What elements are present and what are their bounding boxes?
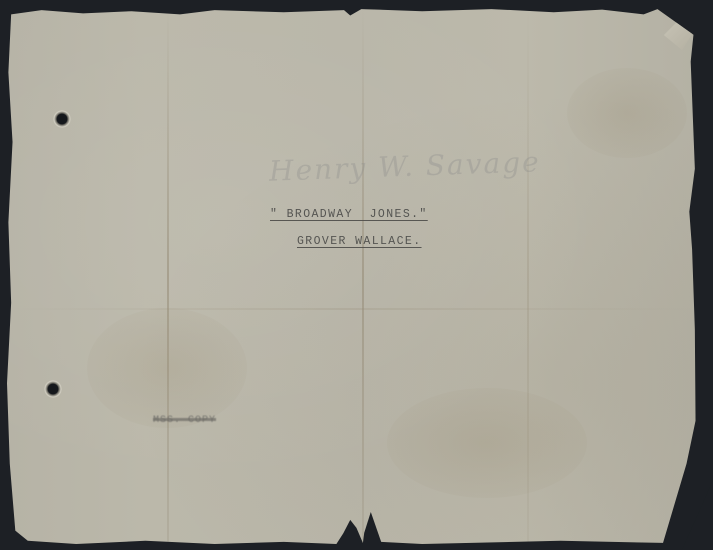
punch-hole <box>53 110 71 128</box>
punch-hole <box>44 380 62 398</box>
scanned-document: Henry W. Savage " BROADWAY JONES." GROVE… <box>0 0 713 550</box>
struck-out-typed-line: MSS. COPY <box>153 415 216 426</box>
paper-stain <box>87 308 247 428</box>
folded-corner <box>649 8 699 50</box>
horizontal-fold-line <box>7 308 699 310</box>
center-fold-line <box>362 8 364 544</box>
paper-stain <box>567 68 687 158</box>
handwritten-annotation: Henry W. Savage <box>269 145 542 187</box>
document-author: GROVER WALLACE. <box>297 235 422 248</box>
document-title: " BROADWAY JONES." <box>270 208 428 221</box>
torn-edge <box>682 480 713 550</box>
paper-stain <box>387 388 587 498</box>
vertical-fold-line <box>167 8 169 544</box>
paper-sheet: Henry W. Savage " BROADWAY JONES." GROVE… <box>7 8 699 544</box>
